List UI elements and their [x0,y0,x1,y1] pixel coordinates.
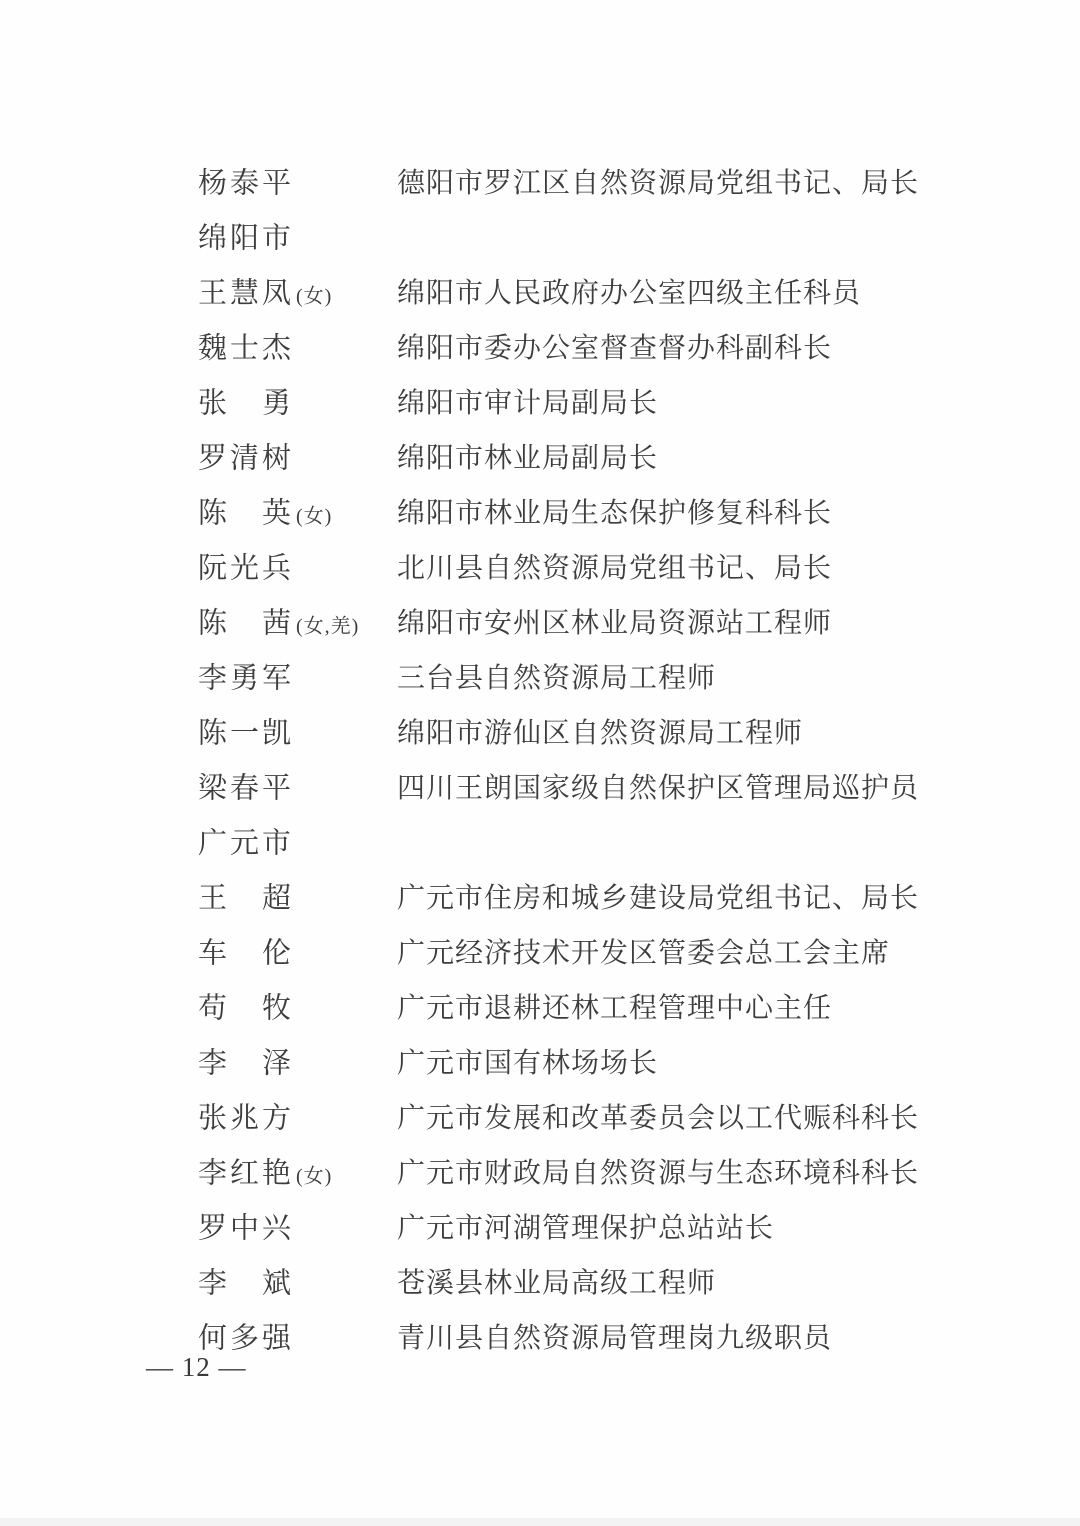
person-name: 魏士杰 [198,325,296,366]
list-row: 杨泰平 德阳市罗江区自然资源局党组书记、局长 [0,153,1080,208]
list-row: 王 超 广元市住房和城乡建设局党组书记、局长 [0,868,1080,923]
person-title: 绵阳市游仙区自然资源局工程师 [397,711,803,751]
person-title: 北川县自然资源局党组书记、局长 [397,546,832,586]
list-row: 陈 茜(女,羌) 绵阳市安州区林业局资源站工程师 [0,593,1080,648]
list-row: 张兆方 广元市发展和改革委员会以工代赈科科长 [0,1088,1080,1143]
person-name-text: 杨泰平 [198,167,294,199]
person-name-text: 苟 牧 [198,992,294,1024]
person-name-text: 梁春平 [198,772,294,804]
person-name-text: 张 勇 [198,387,294,419]
person-name-text: 罗清树 [198,442,294,474]
gender-ethnic-annotation: (女,羌) [296,615,359,637]
list-row: 梁春平 四川王朗国家级自然保护区管理局巡护员 [0,758,1080,813]
person-name-text: 王慧凤 [198,277,294,309]
person-name: 王慧凤(女) [198,270,332,311]
person-title: 四川王朗国家级自然保护区管理局巡护员 [397,766,919,806]
person-title: 绵阳市安州区林业局资源站工程师 [397,601,832,641]
name-title-list: 杨泰平 德阳市罗江区自然资源局党组书记、局长 绵阳市 王慧凤(女) 绵阳市人民政… [0,153,1080,1363]
person-name-text: 张兆方 [198,1102,294,1134]
list-row: 罗清树 绵阳市林业局副局长 [0,428,1080,483]
person-name-text: 阮光兵 [198,552,294,584]
list-row: 张 勇 绵阳市审计局副局长 [0,373,1080,428]
person-name: 张兆方 [198,1095,296,1136]
section-header-row: 广元市 [0,813,1080,868]
list-row: 王慧凤(女) 绵阳市人民政府办公室四级主任科员 [0,263,1080,318]
person-name-text: 李勇军 [198,662,294,694]
person-name: 陈 英(女) [198,490,332,531]
list-row: 苟 牧 广元市退耕还林工程管理中心主任 [0,978,1080,1033]
person-title: 绵阳市审计局副局长 [397,381,658,421]
person-title: 广元市国有林场场长 [397,1041,658,1081]
section-header-row: 绵阳市 [0,208,1080,263]
list-row: 车 伦 广元经济技术开发区管委会总工会主席 [0,923,1080,978]
person-title: 广元市财政局自然资源与生态环境科科长 [397,1151,919,1191]
person-title: 绵阳市人民政府办公室四级主任科员 [397,271,861,311]
person-name: 杨泰平 [198,160,296,201]
document-page: 杨泰平 德阳市罗江区自然资源局党组书记、局长 绵阳市 王慧凤(女) 绵阳市人民政… [0,0,1080,1526]
person-name: 李红艳(女) [198,1150,332,1191]
person-title: 广元市住房和城乡建设局党组书记、局长 [397,876,919,916]
person-title: 广元市退耕还林工程管理中心主任 [397,986,832,1026]
person-name-text: 李 斌 [198,1267,294,1299]
person-name: 罗清树 [198,435,296,476]
list-row: 李 泽 广元市国有林场场长 [0,1033,1080,1088]
page-number: — 12 — [146,1352,247,1383]
person-title: 青川县自然资源局管理岗九级职员 [397,1316,832,1356]
person-name-text: 陈 英 [198,497,294,529]
person-title: 三台县自然资源局工程师 [397,656,716,696]
person-name: 李 泽 [198,1040,296,1081]
person-name-text: 罗中兴 [198,1212,294,1244]
person-name-text: 陈 茜 [198,607,294,639]
person-name: 阮光兵 [198,545,296,586]
person-name: 李 斌 [198,1260,296,1301]
person-name-text: 魏士杰 [198,332,294,364]
person-name-text: 李红艳 [198,1157,294,1189]
person-name-text: 车 伦 [198,937,294,969]
gender-ethnic-annotation: (女) [296,505,332,527]
section-header: 绵阳市 [198,215,296,256]
list-row: 魏士杰 绵阳市委办公室督查督办科副科长 [0,318,1080,373]
person-title: 广元经济技术开发区管委会总工会主席 [397,931,890,971]
person-name-text: 陈一凯 [198,717,294,749]
person-title: 苍溪县林业局高级工程师 [397,1261,716,1301]
list-row: 阮光兵 北川县自然资源局党组书记、局长 [0,538,1080,593]
list-row: 罗中兴 广元市河湖管理保护总站站长 [0,1198,1080,1253]
person-name: 王 超 [198,875,296,916]
person-name-text: 广元市 [198,827,294,859]
person-name-text: 王 超 [198,882,294,914]
person-name: 苟 牧 [198,985,296,1026]
person-title: 德阳市罗江区自然资源局党组书记、局长 [397,161,919,201]
person-name: 罗中兴 [198,1205,296,1246]
person-name: 陈 茜(女,羌) [198,600,359,641]
person-title: 绵阳市林业局副局长 [397,436,658,476]
gender-ethnic-annotation: (女) [296,285,332,307]
person-name: 张 勇 [198,380,296,421]
person-name: 梁春平 [198,765,296,806]
person-title: 广元市发展和改革委员会以工代赈科科长 [397,1096,919,1136]
section-header: 广元市 [198,820,296,861]
person-title: 绵阳市委办公室督查督办科副科长 [397,326,832,366]
list-row: 李红艳(女) 广元市财政局自然资源与生态环境科科长 [0,1143,1080,1198]
person-title: 广元市河湖管理保护总站站长 [397,1206,774,1246]
person-name: 车 伦 [198,930,296,971]
person-name-text: 李 泽 [198,1047,294,1079]
person-name-text: 何多强 [198,1322,294,1354]
list-row: 陈一凯 绵阳市游仙区自然资源局工程师 [0,703,1080,758]
person-name-text: 绵阳市 [198,222,294,254]
person-name: 陈一凯 [198,710,296,751]
page-bottom-edge [0,1518,1080,1526]
person-title: 绵阳市林业局生态保护修复科科长 [397,491,832,531]
gender-ethnic-annotation: (女) [296,1165,332,1187]
person-name: 何多强 [198,1315,296,1356]
list-row: 陈 英(女) 绵阳市林业局生态保护修复科科长 [0,483,1080,538]
person-name: 李勇军 [198,655,296,696]
list-row: 李勇军 三台县自然资源局工程师 [0,648,1080,703]
list-row: 李 斌 苍溪县林业局高级工程师 [0,1253,1080,1308]
